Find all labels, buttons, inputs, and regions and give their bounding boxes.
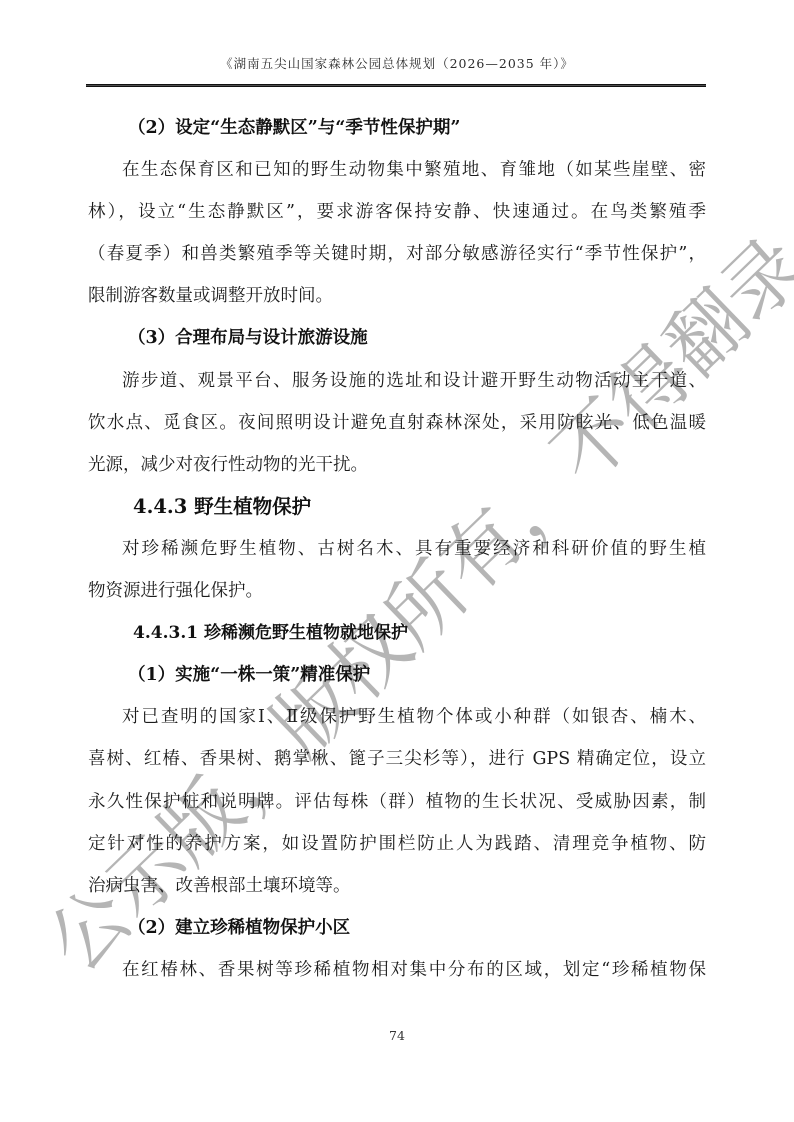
body-text-line: 对已查明的国家Ⅰ、Ⅱ级保护野生植物个体或小种群（如银杏、楠木、 [88,696,706,738]
body-text-line: 林），设立“生态静默区”，要求游客保持安静、快速通过。在鸟类繁殖季 [88,191,706,233]
heading-line: （1）实施“一株一策”精准保护 [88,654,706,696]
heading-line: 4.4.3 野生植物保护 [88,486,706,528]
body-text-line: 游步道、观景平台、服务设施的选址和设计避开野生动物活动主干道、 [88,360,706,402]
body-text-line: 治病虫害、改善根部土壤环境等。 [88,865,706,907]
page-number: 74 [0,1028,794,1043]
body-text-line: 光源，减少对夜行性动物的光干扰。 [88,444,706,486]
body-text-line: 限制游客数量或调整开放时间。 [88,275,706,317]
heading-line: （3）合理布局与设计旅游设施 [88,317,706,359]
heading-line: （2）建立珍稀植物保护小区 [88,907,706,949]
body-text-line: 饮水点、觅食区。夜间照明设计避免直射森林深处，采用防眩光、低色温暖 [88,402,706,444]
heading-line: 4.4.3.1 珍稀濒危野生植物就地保护 [88,612,706,654]
body-text-line: 在生态保育区和已知的野生动物集中繁殖地、育雏地（如某些崖壁、密 [88,149,706,191]
document-body: （2）设定“生态静默区”与“季节性保护期”在生态保育区和已知的野生动物集中繁殖地… [88,107,706,991]
page-header-title: 《湖南五尖山国家森林公园总体规划（2026—2035 年）》 [0,54,794,72]
body-text-line: 物资源进行强化保护。 [88,570,706,612]
body-text-line: 在红椿林、香果树等珍稀植物相对集中分布的区域，划定“珍稀植物保 [88,949,706,991]
body-text-line: 永久性保护桩和说明牌。评估每株（群）植物的生长状况、受威胁因素，制 [88,781,706,823]
header-divider-line [86,84,706,87]
heading-line: （2）设定“生态静默区”与“季节性保护期” [88,107,706,149]
document-page: 公示版，版权所有，不得翻录 《湖南五尖山国家森林公园总体规划（2026—2035… [0,0,794,1122]
body-text-line: （春夏季）和兽类繁殖季等关键时期，对部分敏感游径实行“季节性保护”， [88,233,706,275]
body-text-line: 对珍稀濒危野生植物、古树名木、具有重要经济和科研价值的野生植 [88,528,706,570]
body-text-line: 喜树、红椿、香果树、鹅掌楸、篦子三尖杉等），进行 GPS 精确定位，设立 [88,738,706,780]
body-text-line: 定针对性的养护方案，如设置防护围栏防止人为践踏、清理竞争植物、防 [88,823,706,865]
